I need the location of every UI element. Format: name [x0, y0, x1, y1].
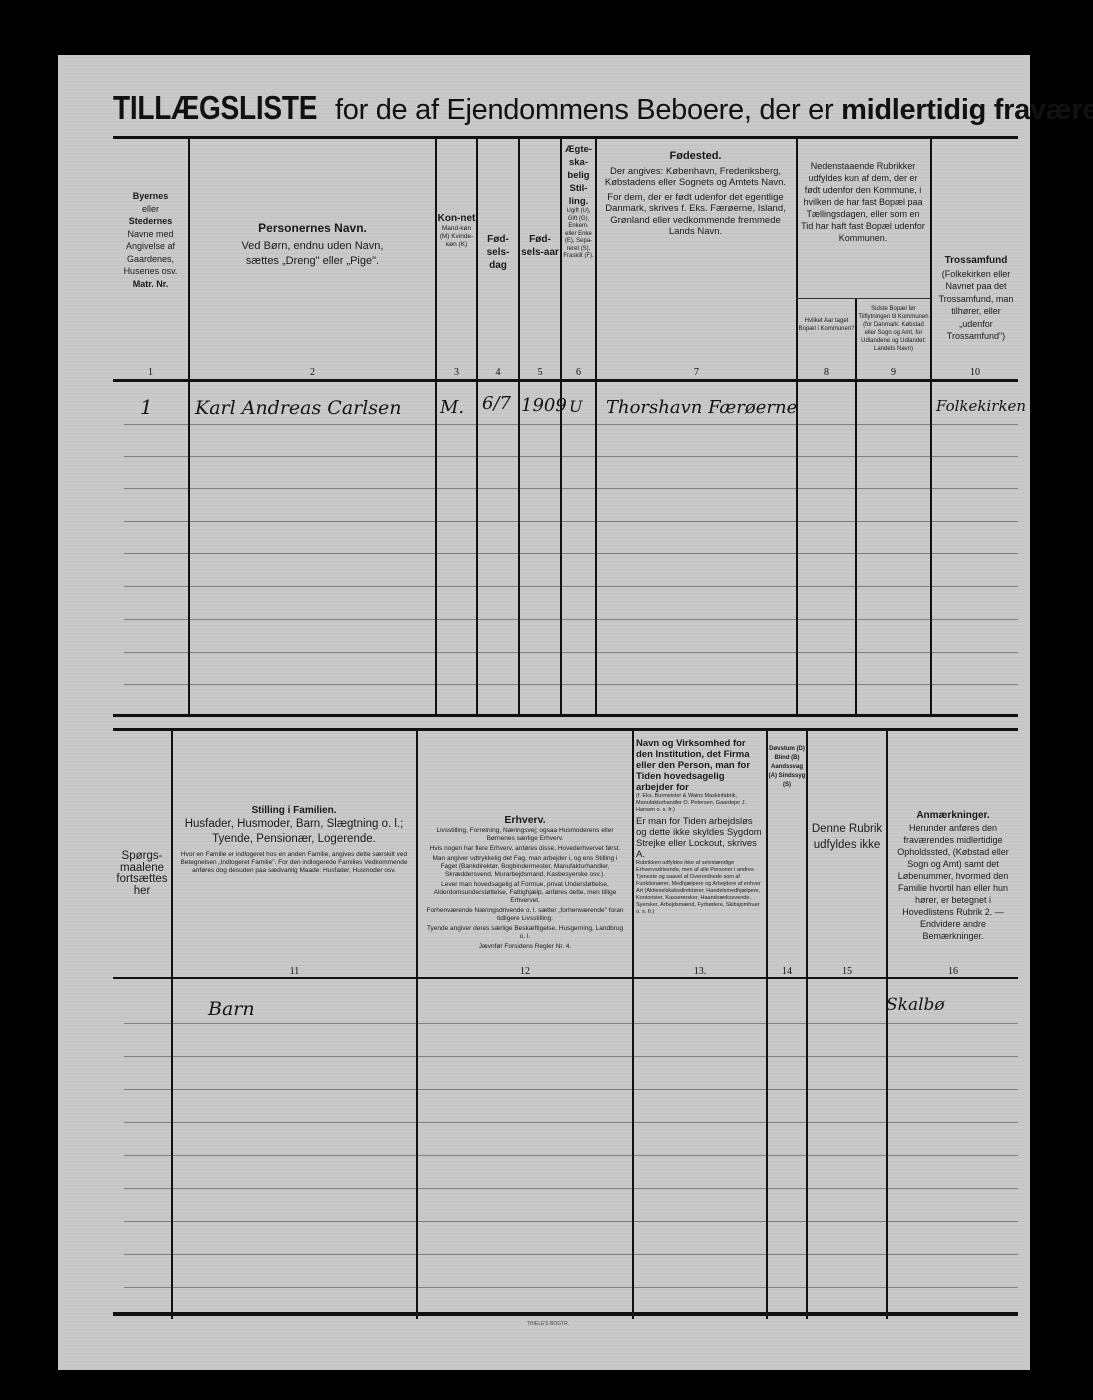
upper-table-top-rule: [113, 136, 1018, 139]
col8-header: Hvilket Aar taget Bopæl i Kommunen?: [798, 317, 855, 333]
row-rule: [124, 1056, 1018, 1057]
matr-nr-value[interactable]: 1: [140, 395, 153, 419]
col2-header: Personernes Navn. Ved Børn, endnu uden N…: [190, 223, 435, 269]
col-number-5: 5: [520, 367, 560, 378]
birth-year-value[interactable]: 1909: [521, 395, 567, 416]
upper-table-bottom-rule: [113, 714, 1018, 717]
col-number-15: 15: [808, 966, 886, 977]
lower-col-divider-4: [766, 731, 768, 1319]
col-number-13: 13.: [634, 966, 766, 977]
col10-header: Trossamfund (Folkekirken eller Navnet pa…: [934, 255, 1018, 343]
col1-header: Byernes eller Stedernes Navne med Angive…: [113, 190, 188, 290]
row-rule: [124, 652, 1018, 653]
col-number-3: 3: [437, 367, 476, 378]
lower-col-divider-1: [171, 731, 173, 1319]
col-divider-7: [796, 138, 798, 715]
marital-status-value[interactable]: U: [569, 397, 582, 416]
col8-9-header: Nedenstaaende Rubrikker udfyldes kun af …: [800, 160, 926, 244]
col-divider-9: [930, 138, 932, 715]
lower-col-divider-2: [416, 731, 418, 1319]
family-position-value[interactable]: Barn: [208, 998, 255, 1020]
title-bold-prefix: TILLÆGSLISTE: [113, 89, 317, 127]
col-number-9: 9: [857, 367, 930, 378]
col-number-2: 2: [190, 367, 435, 378]
row-rule: [124, 1089, 1018, 1090]
printer-mark: THIELE'S BOGTR.: [508, 1321, 588, 1327]
col-number-1: 1: [113, 367, 188, 378]
person-name-value[interactable]: Karl Andreas Carlsen: [195, 397, 402, 419]
col-number-12: 12: [418, 966, 632, 977]
row-rule: [124, 1122, 1018, 1123]
col13-header: Navn og Virksomhed for den Institution, …: [636, 738, 763, 916]
title-bold-suffix: midlertidig fraværende.: [841, 94, 1093, 126]
col-8-9-subheader-rule: [796, 298, 930, 299]
col4-header: Fød-sels-dag: [478, 233, 518, 272]
col-divider-6: [595, 138, 597, 715]
row-rule: [124, 488, 1018, 489]
row-rule: [124, 1287, 1018, 1288]
form-title: TILLÆGSLISTE for de af Ejendommens Beboe…: [113, 89, 1018, 127]
row-rule: [124, 1188, 1018, 1189]
lower-col-divider-6: [886, 731, 888, 1319]
birthplace-value[interactable]: Thorshavn Færøerne: [606, 397, 797, 418]
col16-header: Anmærkninger. Herunder anføres den fravæ…: [892, 810, 1014, 942]
col-number-6: 6: [562, 367, 595, 378]
col-number-16: 16: [888, 966, 1018, 977]
birth-day-value[interactable]: 6/7: [482, 393, 511, 414]
religion-value[interactable]: Folkekirken: [936, 397, 1026, 415]
lower-header-bottom-rule: [113, 977, 1018, 979]
col7-header: Fødested. Der angives: København, Freder…: [603, 151, 788, 238]
col15-header: Denne Rubrik udfyldes ikke: [810, 821, 884, 853]
side-note: Spørgs-maalene fortsættes her: [113, 851, 171, 897]
col-number-14: 14: [768, 966, 806, 977]
col-number-4: 4: [478, 367, 518, 378]
row-rule: [124, 1254, 1018, 1255]
row-rule: [124, 521, 1018, 522]
title-middle: for de af Ejendommens Beboere, der er: [335, 94, 833, 126]
col5-header: Fød-sels-aar: [520, 233, 560, 259]
col-number-10: 10: [932, 367, 1018, 378]
col11-header: Stilling i Familien. Husfader, Husmoder,…: [180, 805, 408, 875]
row-rule: [124, 553, 1018, 554]
col-divider-4: [518, 138, 520, 715]
col6-header: Ægte-ska-belig Stil-ling. Ugift (U), Gif…: [562, 143, 595, 261]
col-divider-3: [476, 138, 478, 715]
row-rule: [124, 684, 1018, 685]
row-rule: [124, 586, 1018, 587]
col-number-8: 8: [798, 367, 855, 378]
row-rule: [124, 619, 1018, 620]
remarks-value[interactable]: Skalbø: [886, 995, 945, 1015]
row-rule: [124, 456, 1018, 457]
upper-header-bottom-rule: [113, 379, 1018, 382]
row-rule: [124, 1023, 1018, 1024]
col14-header: Døvstum (D) Blind (B) Aandssvag (A) Sind…: [768, 745, 806, 790]
col9-header: Sidste Bopæl før Tilflytningen til Kommu…: [857, 305, 930, 353]
row-rule: [124, 424, 1018, 425]
lower-table-top-rule: [113, 728, 1018, 731]
row-rule: [124, 1155, 1018, 1156]
lower-col-divider-5: [806, 731, 808, 1319]
census-form-page: TILLÆGSLISTE for de af Ejendommens Beboe…: [58, 55, 1030, 1370]
lower-col-divider-3: [632, 731, 634, 1319]
col-number-7: 7: [597, 367, 796, 378]
row-rule: [124, 1221, 1018, 1222]
col-number-11: 11: [173, 966, 416, 977]
sex-value[interactable]: M.: [440, 397, 464, 418]
col3-header: Kon-net Mand-køn (M) Kvinde-køn (K): [437, 213, 476, 249]
col12-header: Erhverv. Livsstilling, Forretning, Nærin…: [424, 813, 626, 951]
lower-table-bottom-rule: [113, 1312, 1018, 1316]
